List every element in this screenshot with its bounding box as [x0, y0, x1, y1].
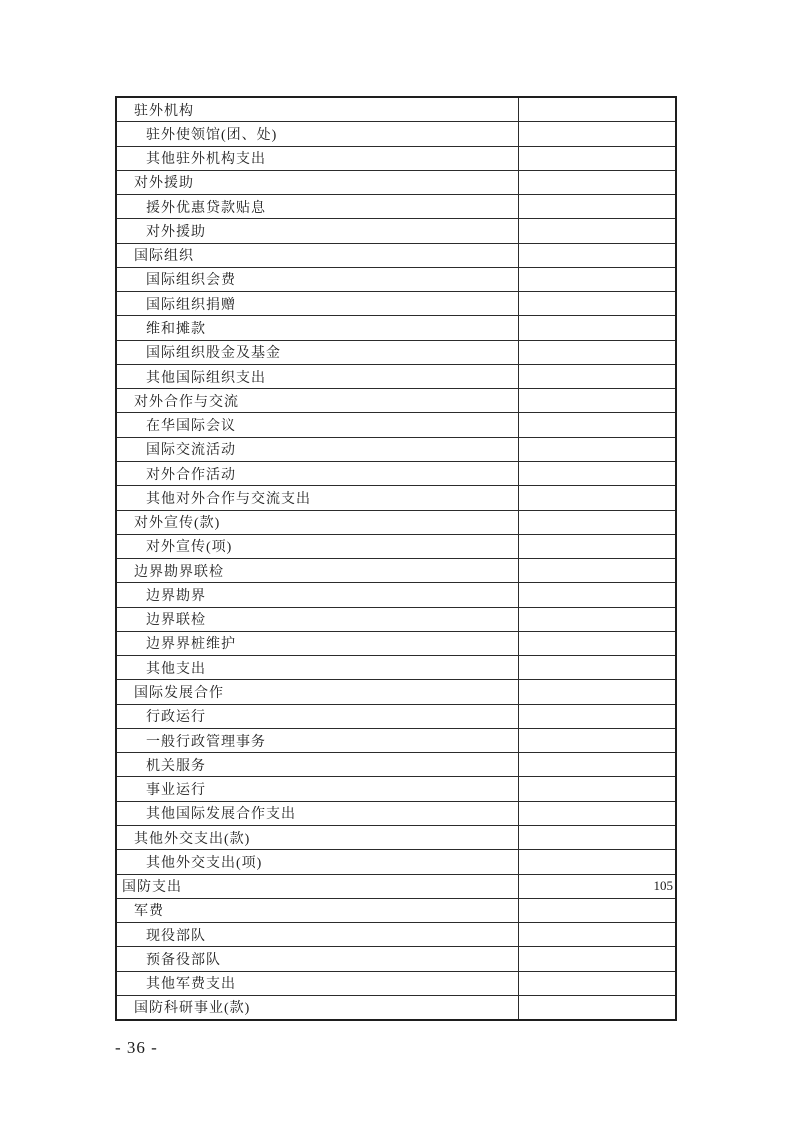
table-row: 对外合作与交流	[117, 389, 675, 413]
item-label-cell: 一般行政管理事务	[117, 729, 519, 752]
amount-cell	[519, 389, 675, 412]
budget-table: 驻外机构驻外使领馆(团、处)其他驻外机构支出对外援助援外优惠贷款贴息对外援助国际…	[115, 96, 677, 1021]
amount-cell	[519, 559, 675, 582]
item-label-cell: 对外合作活动	[117, 462, 519, 485]
table-row: 国际发展合作	[117, 680, 675, 704]
amount-cell	[519, 98, 675, 121]
amount-cell	[519, 195, 675, 218]
amount-cell	[519, 219, 675, 242]
item-label-cell: 机关服务	[117, 753, 519, 776]
item-label-cell: 其他国际发展合作支出	[117, 802, 519, 825]
table-row: 其他驻外机构支出	[117, 147, 675, 171]
item-label-cell: 行政运行	[117, 705, 519, 728]
document-page: 驻外机构驻外使领馆(团、处)其他驻外机构支出对外援助援外优惠贷款贴息对外援助国际…	[0, 0, 793, 1122]
amount-cell	[519, 268, 675, 291]
amount-cell	[519, 583, 675, 606]
amount-cell	[519, 972, 675, 995]
table-row: 事业运行	[117, 777, 675, 801]
item-label-cell: 国际组织股金及基金	[117, 341, 519, 364]
table-row: 国际组织	[117, 244, 675, 268]
table-row: 国际组织股金及基金	[117, 341, 675, 365]
amount-cell	[519, 802, 675, 825]
item-label-cell: 边界界桩维护	[117, 632, 519, 655]
amount-cell	[519, 826, 675, 849]
item-label-cell: 其他外交支出(项)	[117, 850, 519, 873]
table-row: 其他对外合作与交流支出	[117, 486, 675, 510]
item-label-cell: 其他外交支出(款)	[117, 826, 519, 849]
item-label-cell: 边界联检	[117, 608, 519, 631]
item-label-cell: 其他军费支出	[117, 972, 519, 995]
amount-cell	[519, 632, 675, 655]
amount-cell	[519, 316, 675, 339]
amount-cell	[519, 850, 675, 873]
table-row: 边界界桩维护	[117, 632, 675, 656]
item-label-cell: 对外宣传(款)	[117, 511, 519, 534]
amount-cell	[519, 244, 675, 267]
amount-cell	[519, 923, 675, 946]
amount-cell	[519, 486, 675, 509]
table-row: 其他国际发展合作支出	[117, 802, 675, 826]
item-label-cell: 驻外机构	[117, 98, 519, 121]
item-label-cell: 对外援助	[117, 219, 519, 242]
amount-cell	[519, 341, 675, 364]
amount-cell	[519, 535, 675, 558]
table-row: 维和摊款	[117, 316, 675, 340]
item-label-cell: 预备役部队	[117, 947, 519, 970]
amount-cell	[519, 680, 675, 703]
amount-cell	[519, 171, 675, 194]
item-label-cell: 其他对外合作与交流支出	[117, 486, 519, 509]
page-number: - 36 -	[115, 1038, 158, 1058]
table-row: 驻外机构	[117, 98, 675, 122]
table-row: 对外援助	[117, 219, 675, 243]
amount-cell	[519, 729, 675, 752]
item-label-cell: 在华国际会议	[117, 413, 519, 436]
table-row: 现役部队	[117, 923, 675, 947]
amount-cell	[519, 608, 675, 631]
table-row: 在华国际会议	[117, 413, 675, 437]
table-row: 国防科研事业(款)	[117, 996, 675, 1019]
table-row: 国防支出105	[117, 875, 675, 899]
item-label-cell: 国际组织会费	[117, 268, 519, 291]
table-row: 对外宣传(项)	[117, 535, 675, 559]
item-label-cell: 国际发展合作	[117, 680, 519, 703]
item-label-cell: 国防支出	[117, 875, 519, 898]
amount-cell	[519, 438, 675, 461]
amount-cell	[519, 753, 675, 776]
table-row: 其他外交支出(款)	[117, 826, 675, 850]
amount-cell	[519, 413, 675, 436]
item-label-cell: 对外宣传(项)	[117, 535, 519, 558]
table-row: 边界勘界	[117, 583, 675, 607]
item-label-cell: 其他国际组织支出	[117, 365, 519, 388]
table-row: 军费	[117, 899, 675, 923]
table-row: 机关服务	[117, 753, 675, 777]
amount-cell	[519, 147, 675, 170]
amount-cell	[519, 656, 675, 679]
table-row: 驻外使领馆(团、处)	[117, 122, 675, 146]
table-row: 国际组织捐赠	[117, 292, 675, 316]
table-row: 预备役部队	[117, 947, 675, 971]
amount-cell	[519, 705, 675, 728]
table-row: 援外优惠贷款贴息	[117, 195, 675, 219]
item-label-cell: 驻外使领馆(团、处)	[117, 122, 519, 145]
item-label-cell: 援外优惠贷款贴息	[117, 195, 519, 218]
item-label-cell: 边界勘界	[117, 583, 519, 606]
amount-cell	[519, 996, 675, 1019]
item-label-cell: 对外合作与交流	[117, 389, 519, 412]
item-label-cell: 事业运行	[117, 777, 519, 800]
amount-cell: 105	[519, 875, 675, 898]
amount-cell	[519, 122, 675, 145]
item-label-cell: 边界勘界联检	[117, 559, 519, 582]
table-row: 其他军费支出	[117, 972, 675, 996]
item-label-cell: 维和摊款	[117, 316, 519, 339]
table-row: 边界勘界联检	[117, 559, 675, 583]
amount-cell	[519, 777, 675, 800]
amount-cell	[519, 511, 675, 534]
amount-cell	[519, 292, 675, 315]
item-label-cell: 对外援助	[117, 171, 519, 194]
item-label-cell: 国际组织捐赠	[117, 292, 519, 315]
table-row: 其他支出	[117, 656, 675, 680]
item-label-cell: 其他支出	[117, 656, 519, 679]
item-label-cell: 军费	[117, 899, 519, 922]
table-row: 对外合作活动	[117, 462, 675, 486]
item-label-cell: 国防科研事业(款)	[117, 996, 519, 1019]
table-row: 其他国际组织支出	[117, 365, 675, 389]
table-row: 国际交流活动	[117, 438, 675, 462]
amount-cell	[519, 947, 675, 970]
table-row: 国际组织会费	[117, 268, 675, 292]
table-row: 对外宣传(款)	[117, 511, 675, 535]
table-row: 行政运行	[117, 705, 675, 729]
item-label-cell: 现役部队	[117, 923, 519, 946]
amount-cell	[519, 899, 675, 922]
table-row: 边界联检	[117, 608, 675, 632]
item-label-cell: 国际交流活动	[117, 438, 519, 461]
item-label-cell: 其他驻外机构支出	[117, 147, 519, 170]
table-row: 其他外交支出(项)	[117, 850, 675, 874]
table-row: 对外援助	[117, 171, 675, 195]
amount-cell	[519, 365, 675, 388]
amount-cell	[519, 462, 675, 485]
item-label-cell: 国际组织	[117, 244, 519, 267]
table-row: 一般行政管理事务	[117, 729, 675, 753]
